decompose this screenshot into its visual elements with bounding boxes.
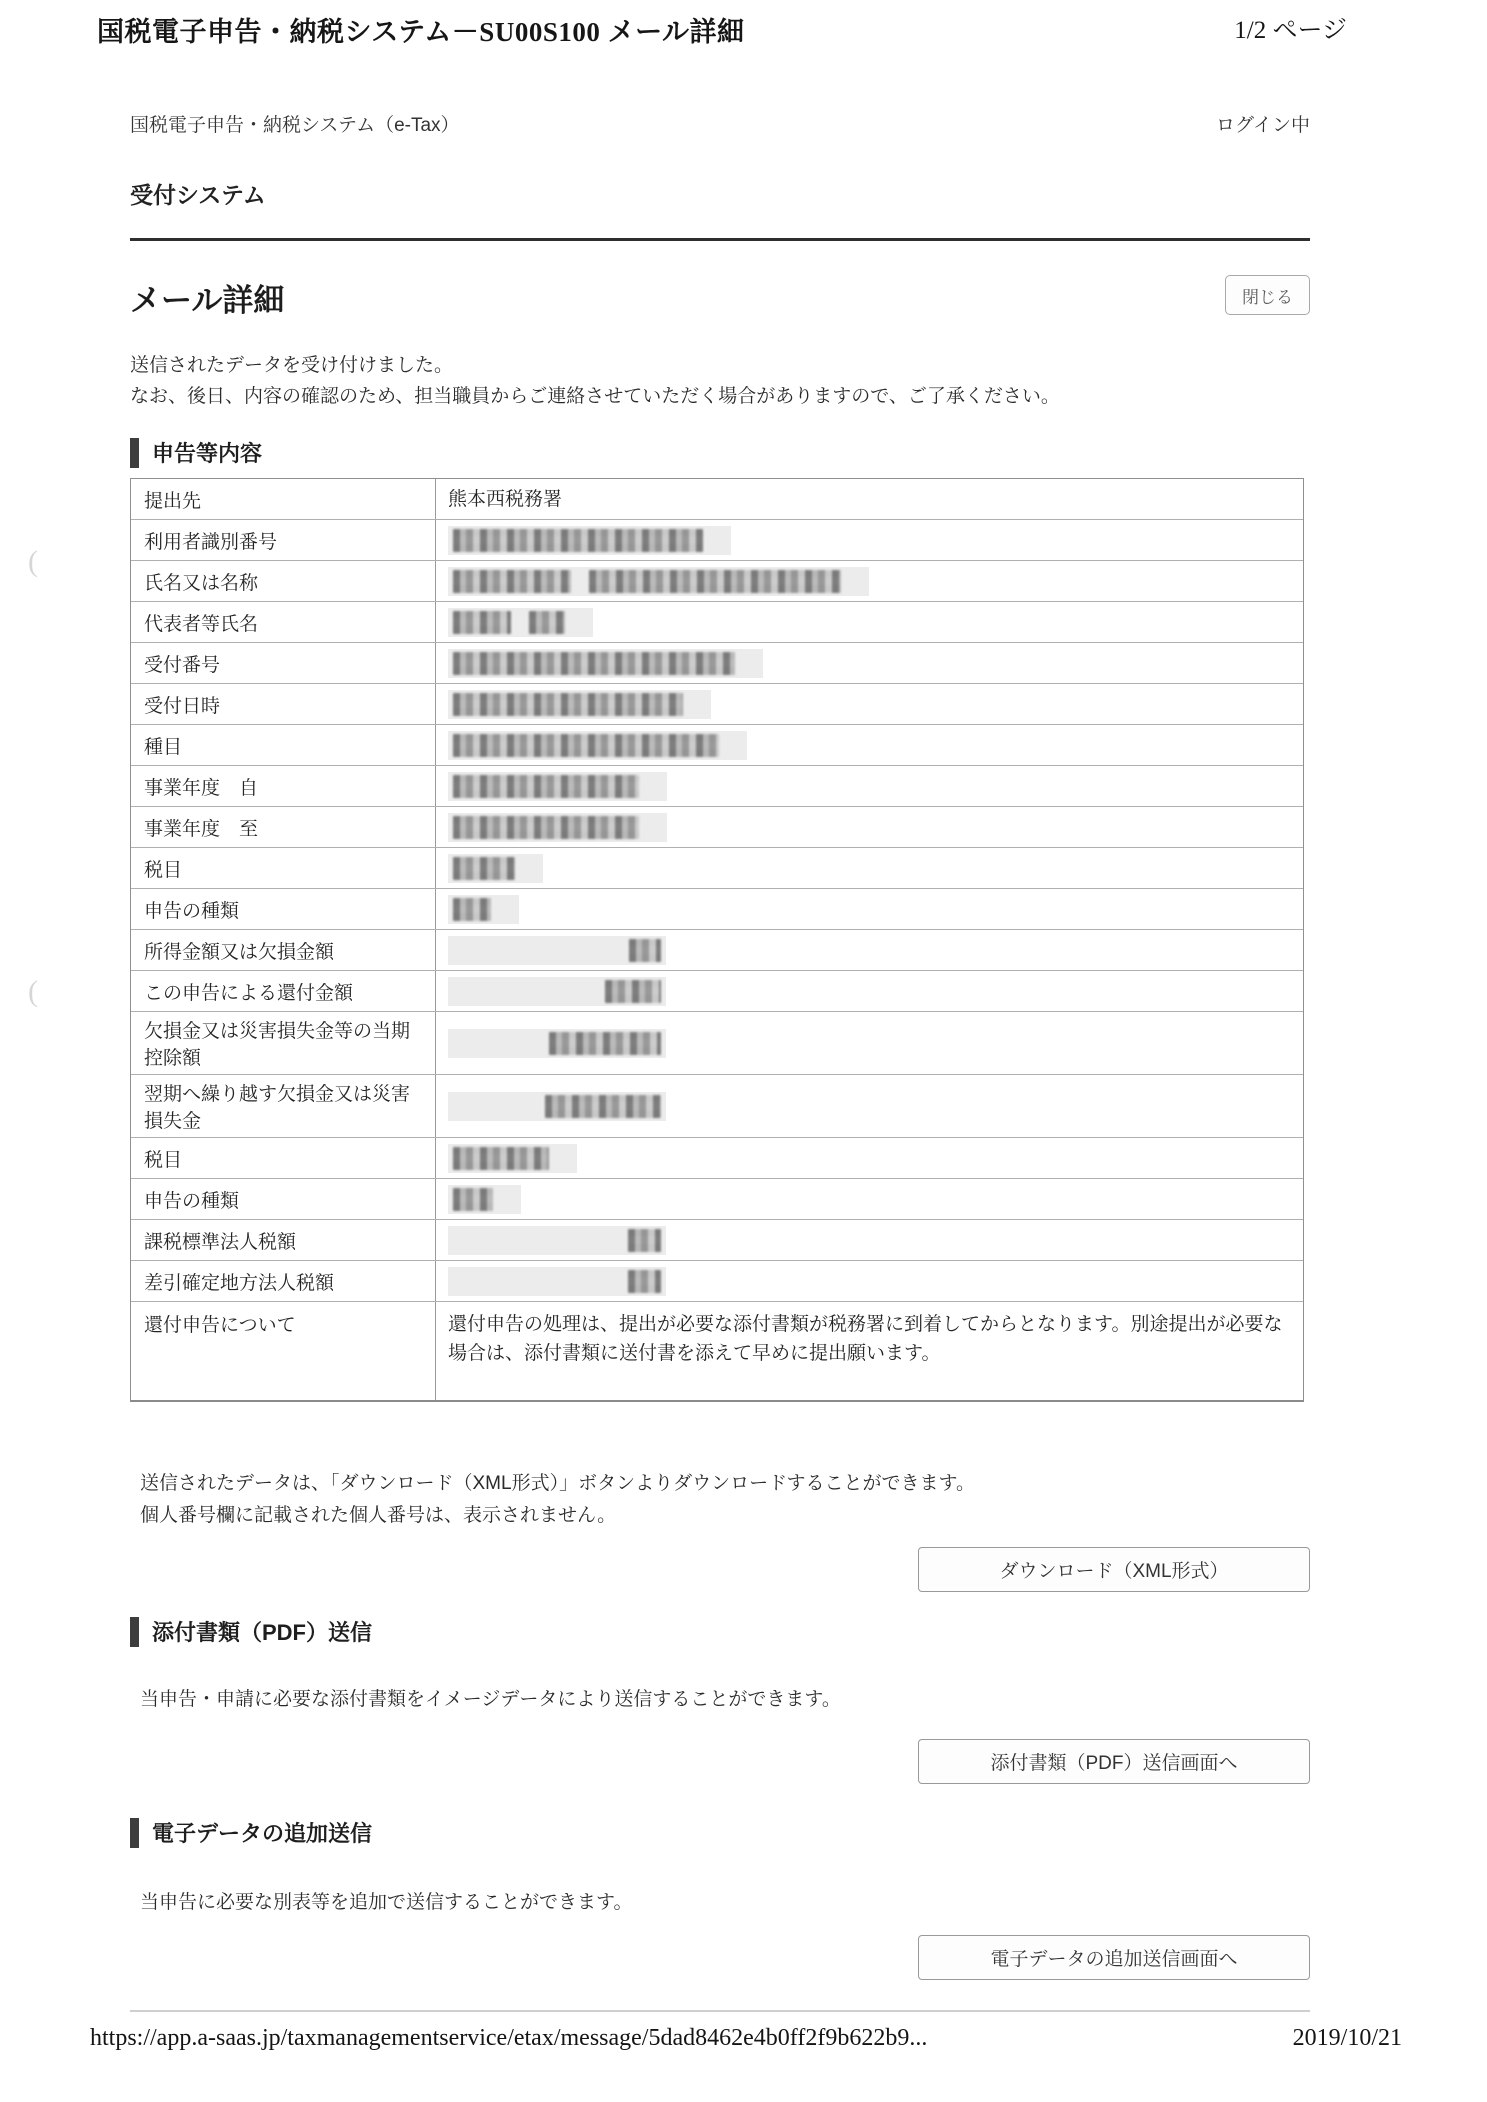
redacted-band	[448, 690, 711, 719]
redacted-band	[448, 1267, 666, 1296]
redacted-band	[448, 772, 667, 801]
row-label: 税目	[131, 1138, 436, 1178]
row-label: 課税標準法人税額	[131, 1220, 436, 1260]
redacted-band	[448, 608, 593, 637]
intro-line: なお、後日、内容の確認のため、担当職員からご連絡させていただく場合がありますので…	[130, 381, 1310, 412]
redacted-value	[628, 1229, 661, 1252]
row-value	[436, 1075, 1303, 1137]
row-label: 差引確定地方法人税額	[131, 1261, 436, 1301]
row-value-text: 還付申告の処理は、提出が必要な添付書類が税務署に到着してからとなります。別途提出…	[448, 1310, 1291, 1368]
redacted-value	[453, 775, 639, 798]
row-value-text: 熊本西税務署	[448, 485, 562, 514]
row-value	[436, 1138, 1303, 1178]
redacted-value	[545, 1095, 661, 1118]
section-heading-pdf: 添付書類（PDF）送信	[130, 1616, 1310, 1647]
redacted-band	[448, 1092, 666, 1121]
row-value: 熊本西税務署	[436, 479, 1303, 519]
row-value	[436, 1012, 1303, 1074]
table-row: 所得金額又は欠損金額	[131, 930, 1303, 971]
table-row: 税目	[131, 848, 1303, 889]
section-heading-label: 申告等内容	[152, 437, 262, 468]
redacted-band	[448, 567, 869, 596]
footer-url: https://app.a-saas.jp/taxmanagementservi…	[90, 2025, 927, 2052]
table-row: 課税標準法人税額	[131, 1220, 1303, 1261]
redacted-band	[448, 1185, 521, 1214]
intro-line: 送信されたデータを受け付けました。	[130, 350, 1310, 381]
redacted-value	[453, 857, 515, 880]
row-value	[436, 1261, 1303, 1301]
table-row: 欠損金又は災害損失金等の当期控除額	[131, 1012, 1303, 1075]
redacted-band	[448, 731, 747, 760]
redacted-band	[448, 526, 731, 555]
redacted-band	[448, 813, 667, 842]
redacted-value	[605, 980, 661, 1003]
declaration-table: 提出先熊本西税務署利用者識別番号氏名又は名称代表者等氏名受付番号受付日時種目事業…	[130, 478, 1304, 1402]
table-row: 翌期へ繰り越す欠損金又は災害損失金	[131, 1075, 1303, 1138]
row-label: 受付日時	[131, 684, 436, 724]
redacted-value	[549, 1032, 661, 1055]
row-label: 事業年度 自	[131, 766, 436, 806]
row-label: 所得金額又は欠損金額	[131, 930, 436, 970]
redacted-value	[453, 529, 703, 552]
table-row: 受付番号	[131, 643, 1303, 684]
table-row: 申告の種類	[131, 889, 1303, 930]
redacted-value	[453, 734, 719, 757]
table-row: 差引確定地方法人税額	[131, 1261, 1303, 1302]
redacted-value	[628, 1270, 661, 1293]
row-value	[436, 766, 1303, 806]
redacted-value	[629, 939, 661, 962]
row-label: 税目	[131, 848, 436, 888]
download-xml-button[interactable]: ダウンロード（XML形式）	[918, 1547, 1310, 1592]
redacted-value	[453, 1188, 493, 1211]
additional-section-description: 当申告に必要な別表等を追加で送信することができます。	[130, 1887, 1310, 1914]
section-heading-label: 電子データの追加送信	[152, 1817, 372, 1848]
row-value	[436, 643, 1303, 683]
redacted-value	[453, 611, 511, 634]
redacted-value	[589, 570, 841, 593]
redacted-value	[529, 611, 565, 634]
row-value	[436, 807, 1303, 847]
table-row: 受付日時	[131, 684, 1303, 725]
scan-artifact: (	[28, 975, 38, 1009]
table-row: 税目	[131, 1138, 1303, 1179]
row-label: 欠損金又は災害損失金等の当期控除額	[131, 1012, 436, 1074]
login-status: ログイン中	[1216, 110, 1310, 137]
row-label: 代表者等氏名	[131, 602, 436, 642]
table-row: 種目	[131, 725, 1303, 766]
row-value	[436, 520, 1303, 560]
row-value	[436, 848, 1303, 888]
page-content: 国税電子申告・納税システム（e-Tax） ログイン中 受付システム メール詳細 …	[130, 100, 1310, 2012]
redacted-band	[448, 1029, 666, 1058]
redacted-band	[448, 895, 519, 924]
redacted-band	[448, 1226, 666, 1255]
system-name: 国税電子申告・納税システム（e-Tax）	[130, 110, 460, 137]
header-rule	[130, 238, 1310, 241]
table-row: 事業年度 自	[131, 766, 1303, 807]
additional-send-screen-button[interactable]: 電子データの追加送信画面へ	[918, 1935, 1310, 1980]
row-value	[436, 971, 1303, 1011]
intro-message: 送信されたデータを受け付けました。 なお、後日、内容の確認のため、担当職員からご…	[130, 350, 1310, 412]
table-row: 利用者識別番号	[131, 520, 1303, 561]
redacted-value	[453, 1147, 549, 1170]
bottom-rule	[130, 2010, 1310, 2012]
row-value	[436, 725, 1303, 765]
page-title: メール詳細	[130, 275, 284, 320]
subsystem-title: 受付システム	[130, 177, 1310, 210]
table-row: 還付申告について還付申告の処理は、提出が必要な添付書類が税務署に到着してからとな…	[131, 1302, 1303, 1400]
download-note-line: 送信されたデータは、「ダウンロード（XML形式）」ボタンよりダウンロードすること…	[140, 1468, 1310, 1500]
row-label: 受付番号	[131, 643, 436, 683]
table-row: 提出先熊本西税務署	[131, 479, 1303, 520]
print-header: 国税電子申告・納税システム－SU00S100 メール詳細 1/2 ページ	[97, 10, 1347, 49]
pdf-send-screen-button[interactable]: 添付書類（PDF）送信画面へ	[918, 1739, 1310, 1784]
close-button[interactable]: 閉じる	[1225, 275, 1310, 315]
redacted-band	[448, 854, 543, 883]
table-row: 氏名又は名称	[131, 561, 1303, 602]
redacted-value	[453, 898, 491, 921]
row-value	[436, 561, 1303, 601]
redacted-value	[453, 816, 639, 839]
print-footer: https://app.a-saas.jp/taxmanagementservi…	[90, 2025, 1402, 2052]
row-label: 提出先	[131, 479, 436, 519]
redacted-value	[453, 693, 683, 716]
redacted-band	[448, 936, 666, 965]
section-bar-icon	[130, 438, 139, 468]
row-value	[436, 684, 1303, 724]
row-label: 種目	[131, 725, 436, 765]
section-bar-icon	[130, 1818, 139, 1848]
row-value: 還付申告の処理は、提出が必要な添付書類が税務署に到着してからとなります。別途提出…	[436, 1302, 1303, 1400]
row-value	[436, 602, 1303, 642]
title-row: メール詳細 閉じる	[130, 275, 1310, 320]
row-label: 申告の種類	[131, 889, 436, 929]
redacted-value	[453, 570, 571, 593]
page-indicator: 1/2 ページ	[1234, 10, 1347, 46]
download-note: 送信されたデータは、「ダウンロード（XML形式）」ボタンよりダウンロードすること…	[130, 1468, 1310, 1532]
redacted-value	[453, 652, 735, 675]
row-label: 申告の種類	[131, 1179, 436, 1219]
scan-artifact: (	[28, 545, 38, 579]
section-bar-icon	[130, 1617, 139, 1647]
table-row: 代表者等氏名	[131, 602, 1303, 643]
redacted-band	[448, 649, 763, 678]
row-label: 翌期へ繰り越す欠損金又は災害損失金	[131, 1075, 436, 1137]
row-label: 還付申告について	[131, 1302, 436, 1400]
table-row: 事業年度 至	[131, 807, 1303, 848]
footer-date: 2019/10/21	[1293, 2025, 1402, 2052]
printed-page: 国税電子申告・納税システム－SU00S100 メール詳細 1/2 ページ ( (…	[0, 0, 1487, 2102]
row-value	[436, 1179, 1303, 1219]
section-heading-declaration: 申告等内容	[130, 437, 1310, 468]
table-row: 申告の種類	[131, 1179, 1303, 1220]
row-value	[436, 889, 1303, 929]
row-label: 氏名又は名称	[131, 561, 436, 601]
table-row: この申告による還付金額	[131, 971, 1303, 1012]
row-value	[436, 930, 1303, 970]
section-heading-label: 添付書類（PDF）送信	[152, 1616, 372, 1647]
section-heading-additional: 電子データの追加送信	[130, 1817, 1310, 1848]
pdf-section-description: 当申告・申請に必要な添付書類をイメージデータにより送信することができます。	[130, 1684, 1310, 1711]
row-label: 利用者識別番号	[131, 520, 436, 560]
redacted-band	[448, 1144, 577, 1173]
redacted-band	[448, 977, 666, 1006]
row-label: この申告による還付金額	[131, 971, 436, 1011]
row-label: 事業年度 至	[131, 807, 436, 847]
download-note-line: 個人番号欄に記載された個人番号は、表示されません。	[140, 1500, 1310, 1532]
site-header: 国税電子申告・納税システム（e-Tax） ログイン中	[130, 110, 1310, 137]
row-value	[436, 1220, 1303, 1260]
print-title: 国税電子申告・納税システム－SU00S100 メール詳細	[97, 10, 745, 49]
